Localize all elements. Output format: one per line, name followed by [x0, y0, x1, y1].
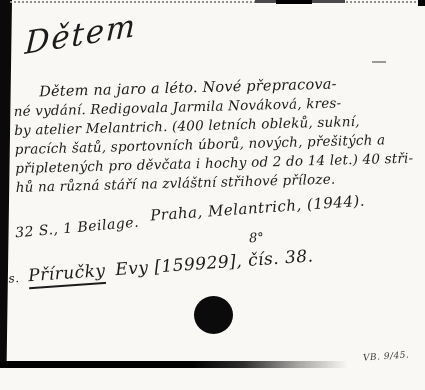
scanned-catalog-card: Dětem Dětem na jaro a léto. Nové přeprac… [0, 0, 425, 390]
imprint-line: Praha, Melantrich, (1944). [150, 192, 366, 225]
series-title-underlined: Příručky [28, 261, 107, 289]
series-prefix: s. [8, 271, 20, 286]
series-reference: s. Příručky Evy [159929], čís. 38. [8, 246, 314, 287]
stray-pencil-mark [372, 61, 386, 63]
collation-note: 32 S., 1 Beilage. [15, 215, 140, 242]
series-number: Evy [159929], čís. 38. [115, 246, 314, 280]
scan-edge-top-right-corner [418, 0, 425, 6]
corner-note: VB. 9/45. [363, 350, 410, 363]
card-description: Dětem na jaro a léto. Nové přepracova- n… [13, 73, 425, 198]
scan-edge-top-dotted [10, 1, 424, 3]
format-note: 8° [249, 231, 265, 247]
scan-edge-top-black-segment [276, 0, 312, 4]
scan-edge-left [0, 0, 12, 364]
punch-hole [194, 296, 233, 334]
card-heading: Dětem [24, 8, 138, 62]
scan-edge-bottom [0, 361, 348, 368]
